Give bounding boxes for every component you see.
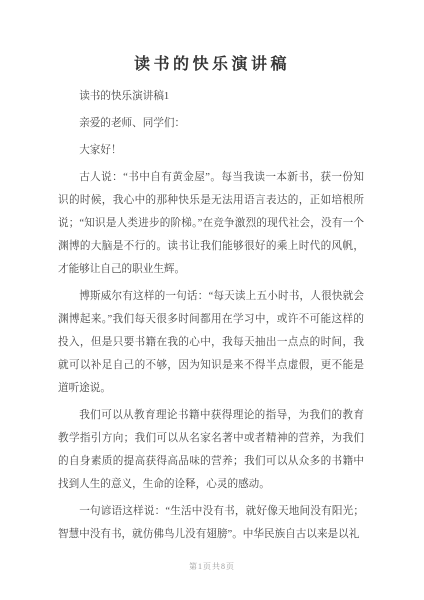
paragraph: 一句谚语这样说：“生活中没有书，就好像天地间没有阳光；智慧中没有书，就仿佛鸟儿没…	[58, 500, 364, 546]
paragraph: 亲爱的老师、同学们：	[58, 112, 364, 135]
document-page: 读书的快乐演讲稿 读书的快乐演讲稿1亲爱的老师、同学们：大家好！古人说：“书中自…	[0, 0, 424, 600]
page-number-footer: 第1页共8页	[0, 561, 424, 572]
document-title: 读书的快乐演讲稿	[0, 0, 424, 74]
paragraph: 读书的快乐演讲稿1	[58, 85, 364, 108]
paragraph: 博斯威尔有这样的一句话：“每天读上五小时书，人很快就会渊博起来。”我们每天很多时…	[58, 285, 364, 400]
paragraph: 我们可以从教育理论书籍中获得理论的指导，为我们的教育教学指引方向；我们可以从名家…	[58, 404, 364, 496]
document-body: 读书的快乐演讲稿1亲爱的老师、同学们：大家好！古人说：“书中自有黄金屋”。每当我…	[58, 85, 364, 546]
paragraph: 古人说：“书中自有黄金屋”。每当我读一本新书，获一份知识的时候，我心中的那种快乐…	[58, 166, 364, 281]
paragraph: 大家好！	[58, 139, 364, 162]
